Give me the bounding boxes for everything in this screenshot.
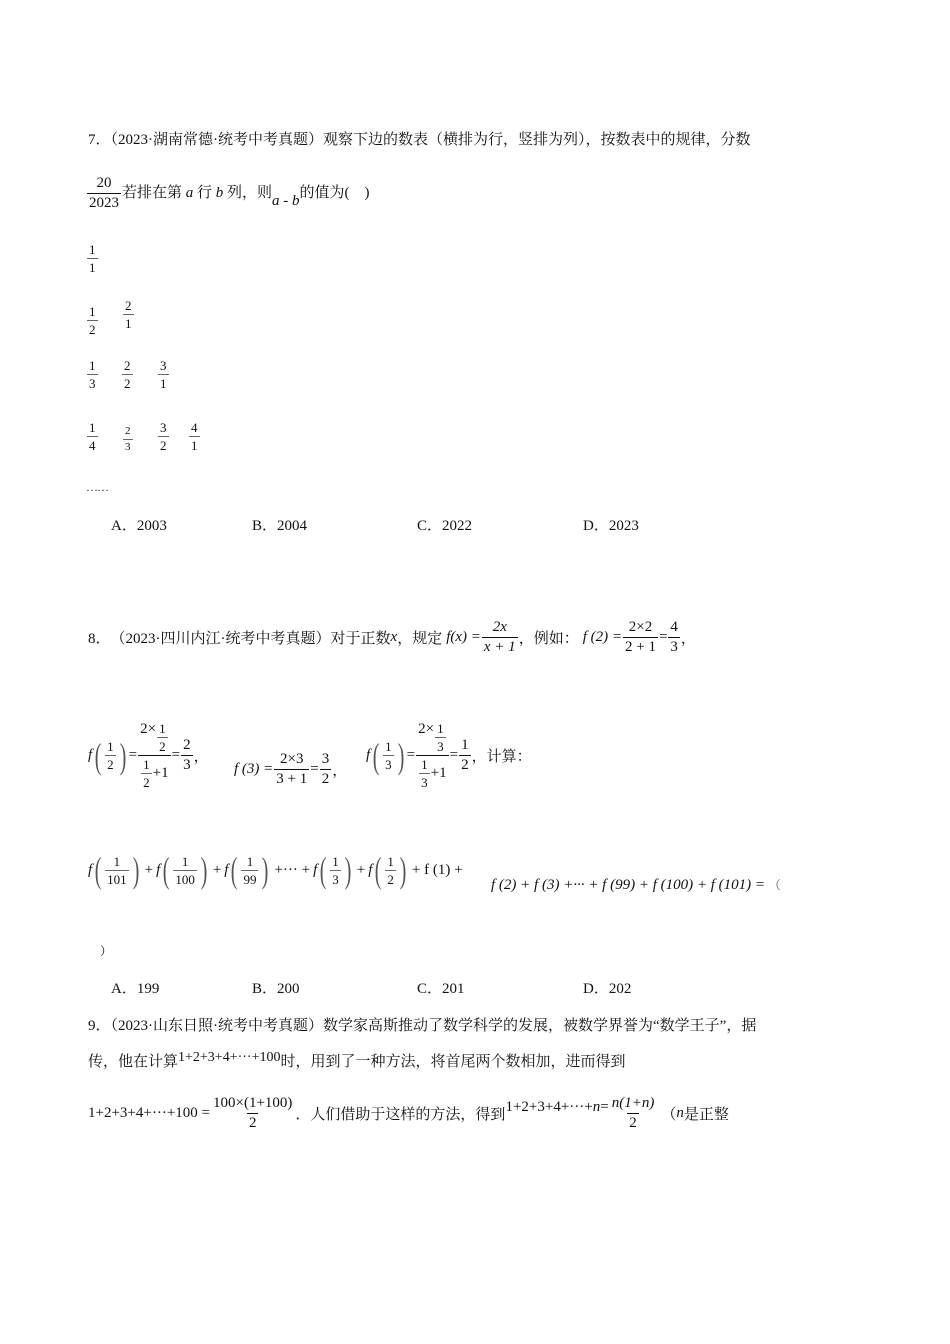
- sum-expression-line1: f(1101) + f(1100) + f(199) +··· + f(13) …: [88, 852, 463, 888]
- example-f-third: f( 13 )= 2×13 13+1 = 12 ，计算：: [366, 722, 532, 789]
- fraction-20-2023: 20 2023: [87, 176, 121, 211]
- table-cell: 12: [87, 305, 98, 336]
- table-cell: 13: [87, 359, 98, 390]
- table-cell: 41: [189, 421, 200, 452]
- table-cell: 14: [87, 421, 98, 452]
- question-number: 8．: [88, 627, 111, 648]
- question-source: （2023·湖南常德·统考中考真题）: [111, 132, 324, 148]
- table-cell: 11: [87, 243, 98, 274]
- example-f-half: f( 12 )= 2×12 12+1 = 23 ，: [88, 722, 209, 789]
- question-9-line1: 9．（2023·山东日照·统考中考真题）数学家高斯推动了数学科学的发展，被数学界…: [88, 1014, 756, 1035]
- question-source: （2023·四川内江·统考中考真题）: [111, 627, 331, 648]
- question-7-line2: 20 2023 若排在第 a 行 b 列，则a - b的值为( ): [86, 176, 370, 211]
- ellipsis: ……: [86, 480, 108, 495]
- question-source: （2023·山东日照·统考中考真题）: [111, 1018, 324, 1034]
- option-d[interactable]: D．202: [583, 977, 631, 998]
- option-a[interactable]: A．199: [111, 977, 159, 998]
- question-9-line3: 1+2+3+4+···+100 = 100×(1+100)2 ．人们借助于这样的…: [88, 1096, 729, 1131]
- question-stem: 观察下边的数表（横排为行，竖排为列），按数表中的规律，分数: [323, 132, 751, 148]
- table-cell: 32: [158, 421, 169, 452]
- option-c[interactable]: C．201: [417, 977, 465, 998]
- sum-expression-line2: f (2) + f (3) +··· + f (99) + f (100) + …: [491, 876, 781, 894]
- answer-close-paren: ）: [100, 942, 112, 959]
- question-number: 7．: [88, 132, 111, 148]
- option-a[interactable]: A．2003: [111, 514, 167, 535]
- option-b[interactable]: B．200: [252, 977, 300, 998]
- function-definition: f(x) =: [446, 629, 481, 646]
- option-b[interactable]: B．2004: [252, 514, 307, 535]
- example-f-3: f (3) = 2×33 + 1 = 32 ，: [234, 752, 347, 787]
- question-7-line1: 7．（2023·湖南常德·统考中考真题）观察下边的数表（横排为行，竖排为列），按…: [88, 128, 751, 149]
- question-number: 9．: [88, 1018, 111, 1034]
- expression-a-minus-b: a - b: [272, 193, 300, 209]
- sum-1-to-100: 1+2+3+4+···+100: [178, 1050, 280, 1065]
- option-c[interactable]: C．2022: [417, 514, 472, 535]
- table-cell: 21: [123, 299, 134, 330]
- table-cell: 22: [122, 359, 133, 390]
- question-9-line2: 传，他在计算1+2+3+4+···+100时，用到了一种方法，将首尾两个数相加，…: [88, 1050, 626, 1071]
- option-d[interactable]: D．2023: [583, 514, 639, 535]
- table-cell: 23: [123, 426, 133, 453]
- question-8-line1: 8．（2023·四川内江·统考中考真题）对于正数x，规定 f(x) = 2xx …: [88, 620, 696, 655]
- table-cell: 31: [158, 359, 169, 390]
